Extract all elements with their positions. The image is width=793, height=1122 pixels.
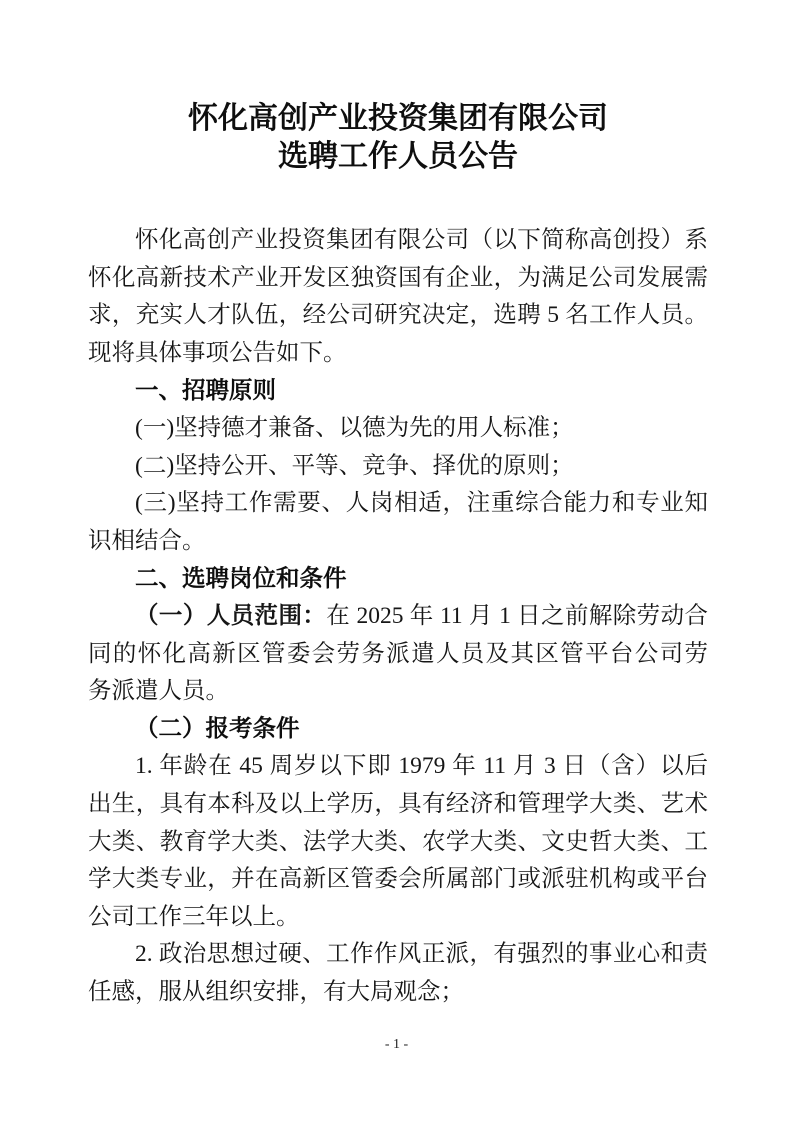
title-line-2: 选聘工作人员公告 [88, 138, 708, 176]
text-line: 务派遣人员。 [88, 673, 708, 711]
text-line: 怀化高创产业投资集团有限公司（以下简称高创投）系 [88, 222, 708, 260]
text-line: 公司工作三年以上。 [88, 899, 708, 937]
text-run: 一、招聘原则 [135, 377, 276, 403]
text-line: 一、招聘原则 [88, 372, 708, 410]
text-run: 求，充实人才队伍，经公司研究决定，选聘 5 名工作人员。 [88, 302, 708, 328]
text-line: 怀化高新技术产业开发区独资国有企业，为满足公司发展需 [88, 260, 708, 298]
title-line-1: 怀化高创产业投资集团有限公司 [88, 100, 708, 138]
text-run: （二）报考条件 [135, 716, 300, 742]
document-title: 怀化高创产业投资集团有限公司 选聘工作人员公告 [88, 100, 708, 176]
text-run: 现将具体事项公告如下。 [88, 340, 347, 366]
document-body: 怀化高创产业投资集团有限公司（以下简称高创投）系怀化高新技术产业开发区独资国有企… [88, 222, 708, 1011]
text-run: 务派遣人员。 [88, 678, 229, 704]
text-line: 识相结合。 [88, 523, 708, 561]
text-line: 1. 年龄在 45 周岁以下即 1979 年 11 月 3 日（含）以后 [88, 748, 708, 786]
text-run: 公司工作三年以上。 [88, 904, 300, 930]
text-line: (二)坚持公开、平等、竞争、择优的原则； [88, 448, 708, 486]
text-run: 同的怀化高新区管委会劳务派遣人员及其区管平台公司劳 [88, 641, 708, 667]
text-run: 大类、教育学大类、法学大类、农学大类、文史哲大类、工 [88, 829, 708, 855]
page-footer: - 1 - [0, 1036, 793, 1054]
text-run: (二)坚持公开、平等、竞争、择优的原则； [135, 453, 574, 479]
text-line: 大类、教育学大类、法学大类、农学大类、文史哲大类、工 [88, 824, 708, 862]
text-line: （一）人员范围：在 2025 年 11 月 1 日之前解除劳动合 [88, 598, 708, 636]
text-line: 求，充实人才队伍，经公司研究决定，选聘 5 名工作人员。 [88, 297, 708, 335]
text-run: 二、选聘岗位和条件 [135, 565, 347, 591]
text-run: 怀化高创产业投资集团有限公司（以下简称高创投）系 [135, 227, 708, 253]
text-line: （二）报考条件 [88, 711, 708, 749]
text-run: 识相结合。 [88, 528, 206, 554]
text-run: (三)坚持工作需要、人岗相适，注重综合能力和专业知 [135, 490, 708, 516]
text-line: (三)坚持工作需要、人岗相适，注重综合能力和专业知 [88, 485, 708, 523]
text-run: (一)坚持德才兼备、以德为先的用人标准； [135, 415, 574, 441]
text-run: 2. 政治思想过硬、工作作风正派，有强烈的事业心和责 [135, 941, 708, 967]
text-run: 学大类专业，并在高新区管委会所属部门或派驻机构或平台 [88, 866, 708, 892]
text-line: (一)坚持德才兼备、以德为先的用人标准； [88, 410, 708, 448]
text-line: 任感，服从组织安排，有大局观念； [88, 974, 708, 1012]
text-run: 1. 年龄在 45 周岁以下即 1979 年 11 月 3 日（含）以后 [135, 753, 708, 779]
bold-run: （一）人员范围： [135, 603, 326, 629]
text-line: 现将具体事项公告如下。 [88, 335, 708, 373]
text-line: 出生，具有本科及以上学历，具有经济和管理学大类、艺术 [88, 786, 708, 824]
text-line: 学大类专业，并在高新区管委会所属部门或派驻机构或平台 [88, 861, 708, 899]
document-content: 怀化高创产业投资集团有限公司 选聘工作人员公告 怀化高创产业投资集团有限公司（以… [88, 100, 708, 1011]
document-page: 怀化高创产业投资集团有限公司 选聘工作人员公告 怀化高创产业投资集团有限公司（以… [0, 0, 793, 1122]
text-run: 在 2025 年 11 月 1 日之前解除劳动合 [326, 603, 708, 629]
text-run: 任感，服从组织安排，有大局观念； [88, 979, 464, 1005]
text-run: 怀化高新技术产业开发区独资国有企业，为满足公司发展需 [88, 265, 708, 291]
page-number: - 1 - [385, 1037, 408, 1052]
text-line: 2. 政治思想过硬、工作作风正派，有强烈的事业心和责 [88, 936, 708, 974]
text-run: 出生，具有本科及以上学历，具有经济和管理学大类、艺术 [88, 791, 708, 817]
text-line: 二、选聘岗位和条件 [88, 560, 708, 598]
text-line: 同的怀化高新区管委会劳务派遣人员及其区管平台公司劳 [88, 636, 708, 674]
